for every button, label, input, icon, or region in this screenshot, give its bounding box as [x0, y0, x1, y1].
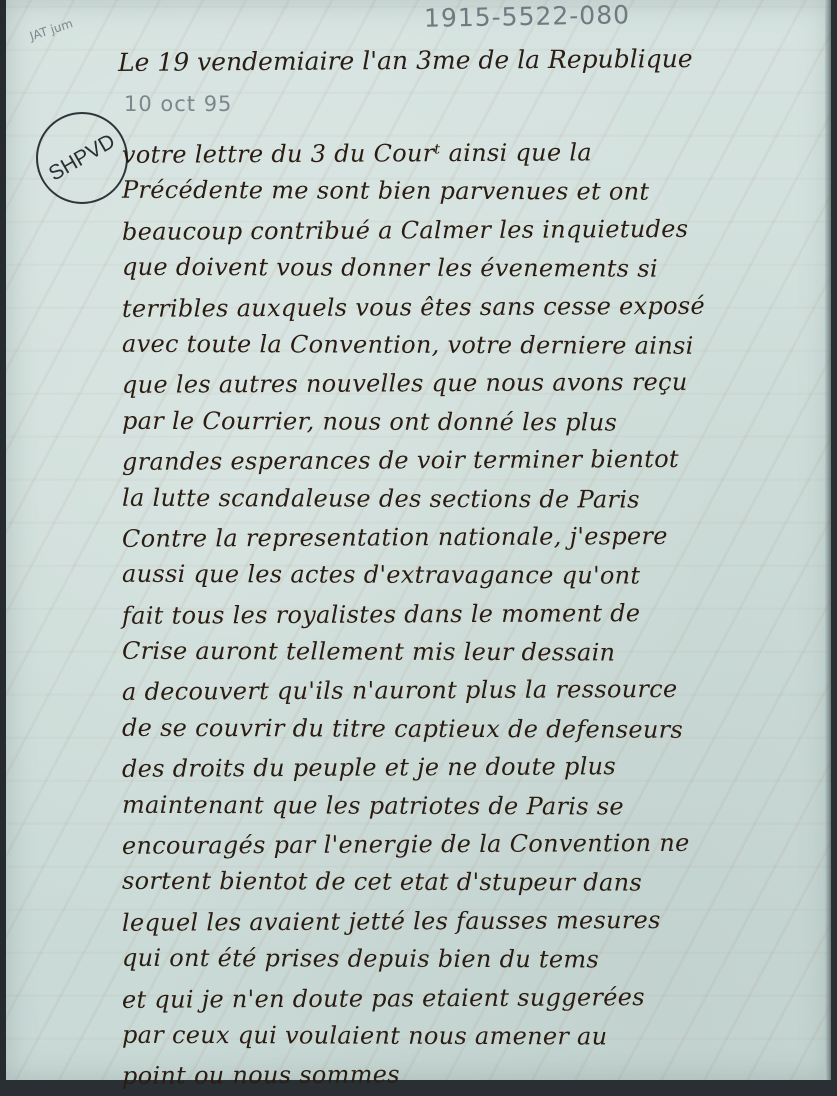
letter-line: terribles auxquels vous êtes sans cesse …	[122, 286, 822, 328]
letter-line: que les autres nouvelles que nous avons …	[122, 363, 822, 405]
letter-line: Crise auront tellement mis leur dessain	[122, 632, 822, 673]
stamp-text: SHPVD	[45, 130, 120, 187]
letter-line: des droits du peuple et je ne doute plus	[122, 746, 822, 788]
archive-stamp: SHPVD	[36, 112, 128, 204]
pencil-date: 10 oct 95	[124, 92, 232, 116]
letter-line: Contre la representation nationale, j'es…	[122, 516, 822, 558]
page-edge-right	[825, 0, 831, 1080]
archive-number: 1915-5522-080	[424, 0, 630, 33]
letter-line: point ou nous sommes	[122, 1054, 822, 1080]
letter-line: a decouvert qu'ils n'auront plus la ress…	[122, 670, 822, 712]
letter-line: fait tous les royalistes dans le moment …	[122, 593, 822, 635]
letter-line: qui ont été prises depuis bien du tems	[122, 939, 822, 980]
letter-line: aussi que les actes d'extravagance qu'on…	[122, 555, 822, 596]
pencil-note: JAT jum	[28, 16, 75, 43]
letter-line: grandes esperances de voir terminer bien…	[122, 439, 822, 481]
letter-dateline: Le 19 vendemiaire l'an 3me de la Republi…	[118, 44, 693, 77]
letter-line: beaucoup contribué a Calmer les inquietu…	[122, 209, 822, 251]
letter-line: et qui je n'en doute pas etaient suggeré…	[122, 977, 822, 1019]
letter-line: lequel les avaient jetté les fausses mes…	[122, 900, 822, 942]
letter-page: 1915-5522-080 JAT jum 10 oct 95 SHPVD Le…	[6, 0, 831, 1080]
letter-line: par le Courrier, nous ont donné les plus	[122, 402, 822, 443]
letter-line: sortent bientot de cet etat d'stupeur da…	[122, 862, 822, 903]
letter-line: que doivent vous donner les évenements s…	[122, 248, 822, 289]
letter-line: de se couvrir du titre captieux de defen…	[122, 709, 822, 750]
letter-line: la lutte scandaleuse des sections de Par…	[122, 478, 822, 519]
letter-line: maintenant que les patriotes de Paris se	[122, 785, 822, 826]
letter-line: votre lettre du 3 du Courᵗ ainsi que la	[122, 132, 822, 174]
scan-border-left	[0, 0, 6, 1080]
letter-line: encouragés par l'energie de la Conventio…	[122, 823, 822, 865]
letter-body: votre lettre du 3 du Courᵗ ainsi que la …	[122, 134, 822, 1080]
letter-line: Précédente me sont bien parvenues et ont	[122, 171, 822, 212]
letter-line: par ceux qui voulaient nous amener au	[122, 1016, 822, 1057]
letter-line: avec toute la Convention, votre derniere…	[122, 325, 822, 366]
